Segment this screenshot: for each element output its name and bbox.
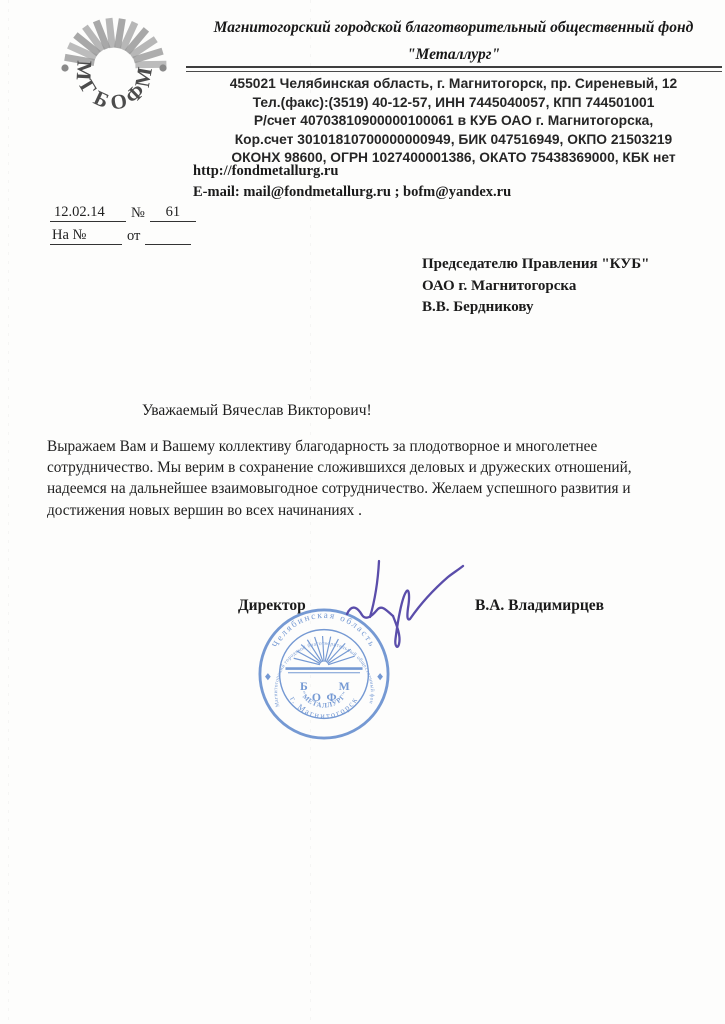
number-sign: № <box>131 205 145 222</box>
org-website: http://fondmetallurg.ru <box>193 163 338 180</box>
reference-row-outgoing: 12.02.14 № 61 <box>50 201 196 222</box>
header-double-rule <box>186 66 722 72</box>
logo-dot-left <box>61 64 68 71</box>
outgoing-number: 61 <box>150 204 196 222</box>
letterhead-header: Магнитогорский городской благотворительн… <box>185 14 722 68</box>
address-line: Тел.(факс):(3519) 40-12-57, ИНН 74450400… <box>185 94 722 113</box>
stamp-diamond-left <box>265 673 271 680</box>
signature-stroke <box>347 608 393 618</box>
signer-name: В.А. Владимирцев <box>475 597 604 615</box>
address-line: Кор.счет 30101810700000000949, БИК 04751… <box>185 131 722 150</box>
logo-acronym: М Г Б О Ф М <box>72 60 157 115</box>
org-requisites: 455021 Челябинская область, г. Магнитого… <box>185 75 722 168</box>
signature-stroke <box>393 566 463 647</box>
org-name-line2: "Металлург" <box>185 41 722 68</box>
body-line: Выражаем Вам и Вашему коллективу благода… <box>47 436 707 457</box>
recipient-block: Председателю Правления "КУБ" ОАО г. Магн… <box>422 254 650 319</box>
reference-block: 12.02.14 № 61 На № от <box>50 201 196 247</box>
reply-from-label: от <box>127 228 140 245</box>
recipient-line: Председателю Правления "КУБ" <box>422 254 650 276</box>
body-line: сотрудничество. Мы верим в сохранение сл… <box>47 457 707 478</box>
salutation: Уважаемый Вячеслав Викторович! <box>142 402 372 420</box>
org-name-line1: Магнитогорский городской благотворительн… <box>185 14 722 41</box>
scan-artifact-line <box>8 0 9 1024</box>
reply-date-blank <box>145 224 191 245</box>
recipient-line: В.В. Бердникову <box>422 297 650 319</box>
reference-row-reply: На № от <box>50 224 196 245</box>
body-paragraph: Выражаем Вам и Вашему коллективу благода… <box>47 436 707 521</box>
recipient-line: ОАО г. Магнитогорска <box>422 276 650 298</box>
outgoing-date: 12.02.14 <box>50 204 126 222</box>
body-line: достижения новых вершин во всех начинани… <box>47 500 707 521</box>
org-email-line: E-mail: mail@fondmetallurg.ru ; bofm@yan… <box>193 184 511 201</box>
scanned-letter-page: М Г Б О Ф М Магнитогорский городской бла… <box>0 0 725 1024</box>
stamp-letter: Б <box>300 680 308 693</box>
stamp-letter: О <box>312 691 321 704</box>
reply-to-label: На № <box>50 227 122 245</box>
body-line: надеемся на дальнейшее взаимовыгодное со… <box>47 478 707 499</box>
address-line: 455021 Челябинская область, г. Магнитого… <box>185 75 722 94</box>
foundation-logo: М Г Б О Ф М <box>56 8 172 132</box>
logo-sunburst-rays <box>65 18 167 65</box>
logo-letter: М <box>130 65 157 89</box>
handwritten-signature <box>335 548 485 708</box>
address-line: Р/счет 40703810900000100061 в КУБ ОАО г.… <box>185 112 722 131</box>
logo-dot-right <box>159 64 166 71</box>
